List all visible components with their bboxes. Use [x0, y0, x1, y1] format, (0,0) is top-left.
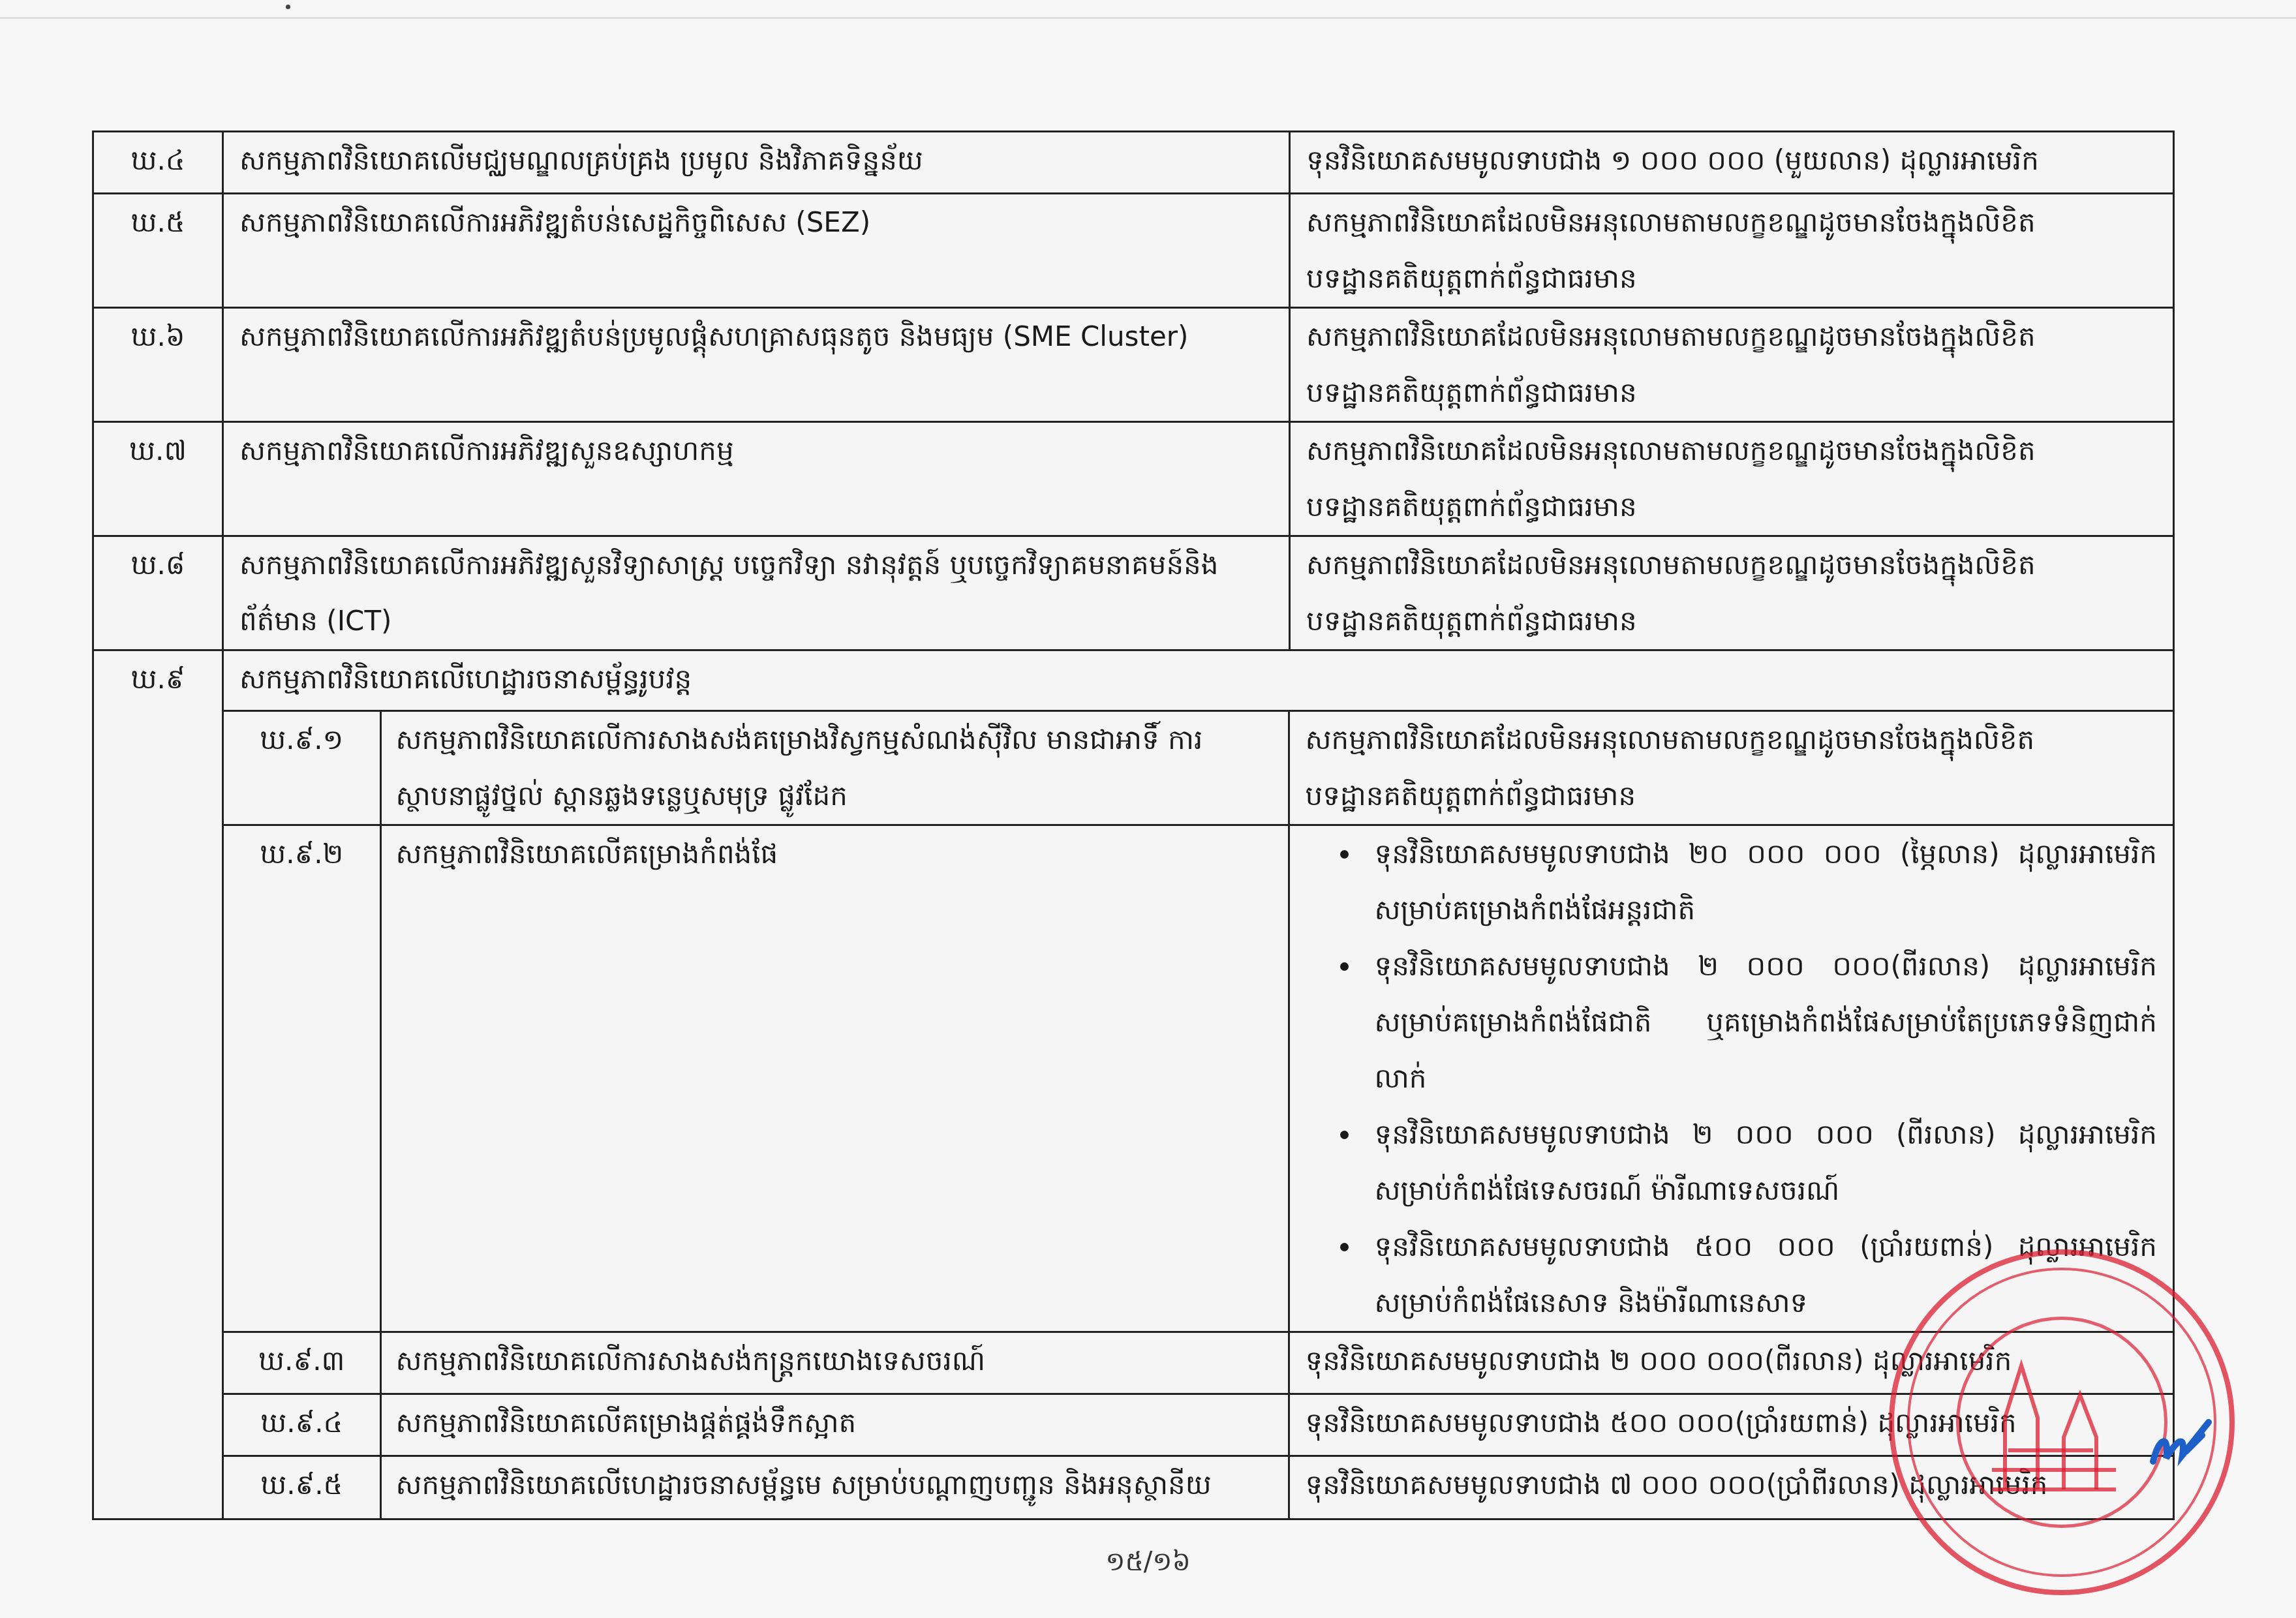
subrow-code: ឃ.៩.១: [224, 712, 380, 825]
port-threshold-list: ទុនវិនិយោគសមមូលទាបជាង ២០ ០០០ ០០០ (ម្ភៃលា…: [1290, 826, 2158, 1331]
investment-activities-table: ឃ.៤ សកម្មភាពវិនិយោគលើមជ្ឈមណ្ឌលគ្រប់គ្រង …: [92, 130, 2175, 1520]
row-code: ឃ.៥: [93, 194, 223, 308]
subrow-activity: សកម្មភាពវិនិយោគលើការសាងសង់គម្រោងវិស្វកម្…: [380, 712, 1289, 825]
group-activity: សកម្មភាពវិនិយោគលើហេដ្ឋារចនាសម្ព័ន្ធរូបវន…: [224, 651, 2173, 712]
subrow: ឃ.៩.២ សកម្មភាពវិនិយោគលើគម្រោងកំពង់ផែ ទុន…: [224, 825, 2173, 1332]
subrow-activity: សកម្មភាពវិនិយោគលើគម្រោងផ្គត់ផ្គង់ទឹកស្អា…: [380, 1394, 1289, 1456]
table-row: ឃ.៨ សកម្មភាពវិនិយោគលើការអភិវឌ្ឍសួនវិទ្យា…: [93, 536, 2174, 650]
bullet-item: ទុនវិនិយោគសមមូលទាបជាង ៥០០ ០០០ (ប្រាំរយពា…: [1362, 1219, 2158, 1331]
row-condition: ទុនវិនិយោគសមមូលទាបជាង ១ ០០០ ០០០ (មួយលាន)…: [1290, 132, 2174, 194]
bullet-item: ទុនវិនិយោគសមមូលទាបជាង ២ ០០០ ០០០(ពីរលាន) …: [1362, 938, 2158, 1107]
row-code: ឃ.៧: [93, 422, 223, 536]
row-condition: សកម្មភាពវិនិយោគដែលមិនអនុលោមតាមលក្ខខណ្ឌដូ…: [1290, 308, 2174, 422]
group-code: ឃ.៩: [93, 650, 223, 1519]
table-row: ឃ.៦ សកម្មភាពវិនិយោគលើការអភិវឌ្ឍតំបន់ប្រម…: [93, 308, 2174, 422]
subrow-condition: ទុនវិនិយោគសមមូលទាបជាង ៥០០ ០០០(ប្រាំរយពាន…: [1289, 1394, 2173, 1456]
subrow-activity: សកម្មភាពវិនិយោគលើគម្រោងកំពង់ផែ: [380, 825, 1289, 1332]
subrows-table: ឃ.៩.១ សកម្មភាពវិនិយោគលើការសាងសង់គម្រោងវិ…: [224, 712, 2173, 1518]
row-activity: សកម្មភាពវិនិយោគលើការអភិវឌ្ឍតំបន់សេដ្ឋកិច…: [223, 194, 1290, 308]
subrow-code: ឃ.៩.៣: [224, 1332, 380, 1394]
row-code: ឃ.៤: [93, 132, 223, 194]
scan-speck: [286, 5, 290, 9]
row-condition: សកម្មភាពវិនិយោគដែលមិនអនុលោមតាមលក្ខខណ្ឌដូ…: [1290, 194, 2174, 308]
row-activity: សកម្មភាពវិនិយោគលើការអភិវឌ្ឍសួនឧស្សាហកម្ម: [223, 422, 1290, 536]
subrow-condition: ទុនវិនិយោគសមមូលទាបជាង ២ ០០០ ០០០(ពីរលាន) …: [1289, 1332, 2173, 1394]
table-row: ឃ.៤ សកម្មភាពវិនិយោគលើមជ្ឈមណ្ឌលគ្រប់គ្រង …: [93, 132, 2174, 194]
row-code: ឃ.៨: [93, 536, 223, 650]
subrow-activity: សកម្មភាពវិនិយោគលើការសាងសង់កន្ត្រកយោងទេសច…: [380, 1332, 1289, 1394]
row-condition: សកម្មភាពវិនិយោគដែលមិនអនុលោមតាមលក្ខខណ្ឌដូ…: [1290, 422, 2174, 536]
bullet-item: ទុនវិនិយោគសមមូលទាបជាង ២ ០០០ ០០០ (ពីរលាន)…: [1362, 1107, 2158, 1219]
row-activity: សកម្មភាពវិនិយោគលើមជ្ឈមណ្ឌលគ្រប់គ្រង ប្រម…: [223, 132, 1290, 194]
page-number: ១៥/១៦: [0, 1545, 2296, 1583]
subrow-condition: សកម្មភាពវិនិយោគដែលមិនអនុលោមតាមលក្ខខណ្ឌដូ…: [1289, 712, 2173, 825]
group-body: សកម្មភាពវិនិយោគលើហេដ្ឋារចនាសម្ព័ន្ធរូបវន…: [223, 650, 2174, 1519]
subrow: ឃ.៩.៥ សកម្មភាពវិនិយោគលើហេដ្ឋារចនាសម្ព័ន្…: [224, 1456, 2173, 1518]
subrow-condition-list: ទុនវិនិយោគសមមូលទាបជាង ២០ ០០០ ០០០ (ម្ភៃលា…: [1289, 825, 2173, 1332]
subrow-code: ឃ.៩.២: [224, 825, 380, 1332]
row-activity: សកម្មភាពវិនិយោគលើការអភិវឌ្ឍសួនវិទ្យាសាស្…: [223, 536, 1290, 650]
subrow-code: ឃ.៩.៤: [224, 1394, 380, 1456]
bullet-item: ទុនវិនិយោគសមមូលទាបជាង ២០ ០០០ ០០០ (ម្ភៃលា…: [1362, 826, 2158, 938]
subrow: ឃ.៩.៣ សកម្មភាពវិនិយោគលើការសាងសង់កន្ត្រកយ…: [224, 1332, 2173, 1394]
subrow-activity: សកម្មភាពវិនិយោគលើហេដ្ឋារចនាសម្ព័ន្ធមេ សម…: [380, 1456, 1289, 1518]
table-row: ឃ.៧ សកម្មភាពវិនិយោគលើការអភិវឌ្ឍសួនឧស្សាហ…: [93, 422, 2174, 536]
subrow-condition: ទុនវិនិយោគសមមូលទាបជាង ៧ ០០០ ០០០(ប្រាំពីរ…: [1289, 1456, 2173, 1518]
subrow-code: ឃ.៩.៥: [224, 1456, 380, 1518]
subrow: ឃ.៩.៤ សកម្មភាពវិនិយោគលើគម្រោងផ្គត់ផ្គង់ទ…: [224, 1394, 2173, 1456]
group-row: ឃ.៩ សកម្មភាពវិនិយោគលើហេដ្ឋារចនាសម្ព័ន្ធរ…: [93, 650, 2174, 1519]
table-row: ឃ.៥ សកម្មភាពវិនិយោគលើការអភិវឌ្ឍតំបន់សេដ្…: [93, 194, 2174, 308]
scan-edge-line: [0, 17, 2296, 19]
row-activity: សកម្មភាពវិនិយោគលើការអភិវឌ្ឍតំបន់ប្រមូលផ្…: [223, 308, 1290, 422]
subrow: ឃ.៩.១ សកម្មភាពវិនិយោគលើការសាងសង់គម្រោងវិ…: [224, 712, 2173, 825]
row-condition: សកម្មភាពវិនិយោគដែលមិនអនុលោមតាមលក្ខខណ្ឌដូ…: [1290, 536, 2174, 650]
row-code: ឃ.៦: [93, 308, 223, 422]
